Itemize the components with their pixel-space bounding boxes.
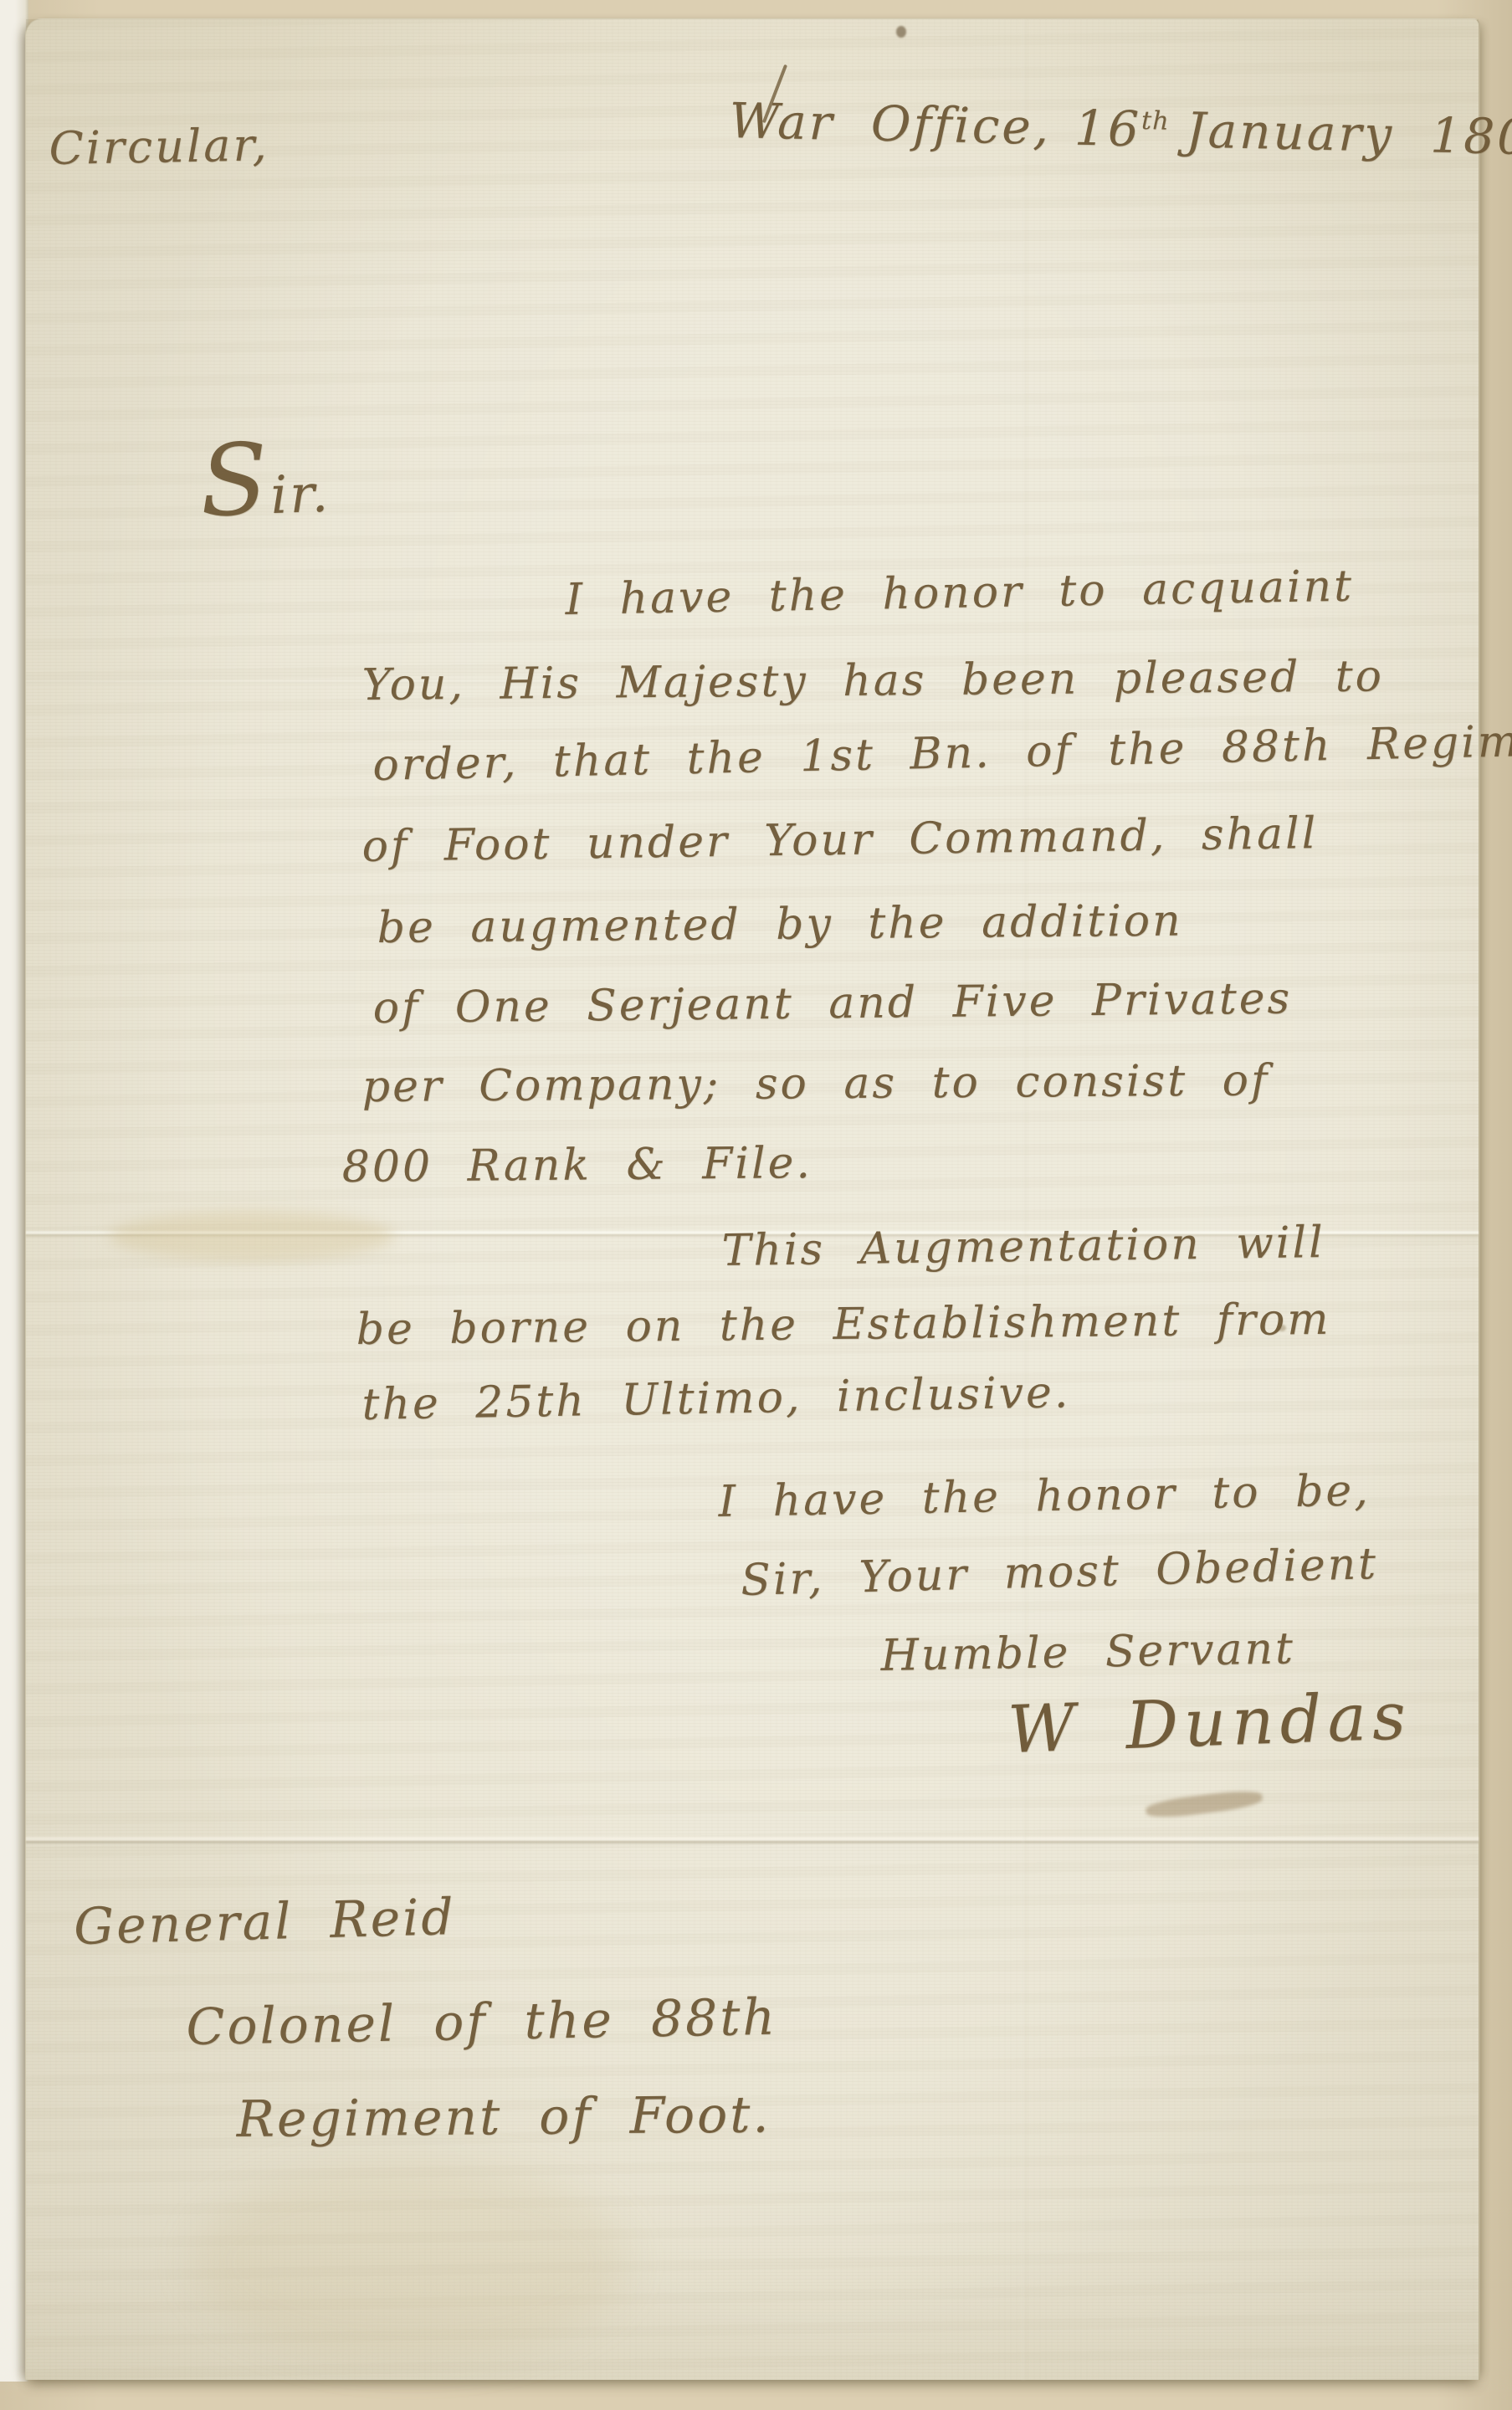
dateline: War Office,16thJanuary 1805	[729, 96, 1512, 162]
body-line: of Foot under Your Command, shall	[361, 812, 1318, 869]
stain	[193, 2161, 628, 2362]
salutation: Sir.	[198, 433, 331, 526]
ink-smear	[1145, 1788, 1263, 1821]
fold-crease-vertical	[1022, 19, 1027, 2380]
dateline-place: War Office,	[729, 92, 1052, 156]
body-line: You, His Majesty has been pleased to	[362, 654, 1385, 707]
scanned-letter: War Office,16thJanuary 1805 Circular, Si…	[0, 0, 1512, 2410]
recipient-line: Regiment of Foot.	[236, 2090, 771, 2145]
body-line: be borne on the Establishment from	[356, 1298, 1330, 1351]
body-line: the 25th Ultimo, inclusive.	[361, 1371, 1071, 1427]
dateline-day-suffix: th	[1141, 106, 1170, 136]
margin-note: Circular,	[49, 122, 269, 172]
recipient-line: Colonel of the 88th	[186, 1992, 778, 2053]
dateline-day: 16	[1074, 100, 1141, 158]
closing-line: I have the honor to be,	[718, 1469, 1371, 1524]
signature: W Dundas	[1007, 1684, 1412, 1763]
recipient-line: General Reid	[73, 1892, 456, 1952]
ink-fleck	[896, 26, 906, 38]
body-line: I have the honor to acquaint	[565, 565, 1354, 622]
fold-crease	[26, 1837, 1479, 1844]
body-line: order, that the 1st Bn. of the 88th Regi…	[372, 718, 1512, 787]
body-line: per Company; so as to consist of	[362, 1059, 1270, 1109]
letter-page: War Office,16thJanuary 1805 Circular, Si…	[25, 18, 1480, 2380]
stain	[110, 1211, 394, 1261]
body-line: of One Serjeant and Five Privates	[372, 977, 1292, 1030]
closing-line: Sir, Your most Obedient	[741, 1542, 1379, 1602]
body-line: be augmented by the addition	[377, 900, 1183, 950]
body-line: This Augmentation will	[721, 1221, 1325, 1273]
closing-line: Humble Servant	[880, 1627, 1295, 1678]
dateline-month-year: January 1805	[1186, 101, 1512, 166]
body-line: 800 Rank & File.	[342, 1141, 813, 1189]
adjacent-page-edge	[0, 0, 28, 2382]
